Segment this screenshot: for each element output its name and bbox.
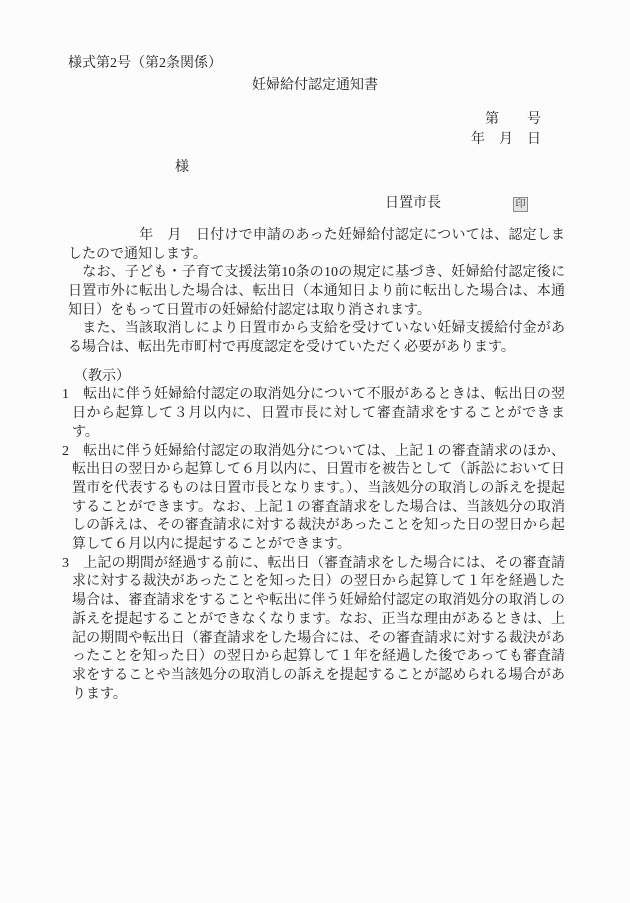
paragraph-cancellation-on-moveout: なお、子ども・子育て支援法第10条の10の規定に基づき、妊婦給付認定後に日置市外… xyxy=(68,264,565,320)
paragraph-recertification: また、当該取消しにより日置市から支給を受けていない妊婦支援給付金がある場合は、転… xyxy=(68,320,565,357)
appeal-instructions-heading: （教示） xyxy=(62,368,565,387)
paragraph-notification: 年 月 日付けで申請のあった妊婦給付認定については、認定しましたので通知します。 xyxy=(68,227,565,264)
appeal-item-2: 2転出に伴う妊婦給付認定の取消処分については、上記１の審査請求のほか、転出日の翌… xyxy=(62,443,565,555)
appeal-item-3-number: 3 xyxy=(62,556,69,571)
form-number-label: 様式第2号（第2条関係） xyxy=(68,55,630,74)
issuer-name: 日置市長 xyxy=(385,195,441,214)
addressee-line: 様 xyxy=(175,159,630,178)
seal-mark: 印 xyxy=(513,197,528,212)
body-paragraphs: 年 月 日付けで申請のあった妊婦給付認定については、認定しましたので通知します。… xyxy=(68,227,565,358)
document-title: 妊婦給付認定通知書 xyxy=(0,77,630,96)
appeal-item-1-number: 1 xyxy=(62,387,69,402)
addressee-honorific: 様 xyxy=(175,160,189,175)
appeal-item-2-text: 転出に伴う妊婦給付認定の取消処分については、上記１の審査請求のほか、転出日の翌日… xyxy=(72,444,565,553)
document-page: 様式第2号（第2条関係） 妊婦給付認定通知書 第 号 年 月 日 様 日置市長 … xyxy=(0,0,630,903)
appeal-item-1-text: 転出に伴う妊婦給付認定の取消処分について不服があるときは、転出日の翌日から起算し… xyxy=(72,387,565,439)
appeal-item-3-text: 上記の期間が経過する前に、転出日（審査請求をした場合には、その審査請求に対する裁… xyxy=(72,556,565,702)
reference-block: 第 号 年 月 日 xyxy=(0,110,630,150)
date-line: 年 月 日 xyxy=(0,130,541,150)
appeal-instructions-section: （教示） 1転出に伴う妊婦給付認定の取消処分について不服があるときは、転出日の翌… xyxy=(62,368,565,705)
document-number-line: 第 号 xyxy=(0,110,541,130)
appeal-item-2-number: 2 xyxy=(62,444,69,459)
appeal-item-3: 3上記の期間が経過する前に、転出日（審査請求をした場合には、その審査請求に対する… xyxy=(62,555,565,705)
issuer-line: 日置市長 印 xyxy=(385,195,630,214)
appeal-item-1: 1転出に伴う妊婦給付認定の取消処分について不服があるときは、転出日の翌日から起算… xyxy=(62,386,565,442)
